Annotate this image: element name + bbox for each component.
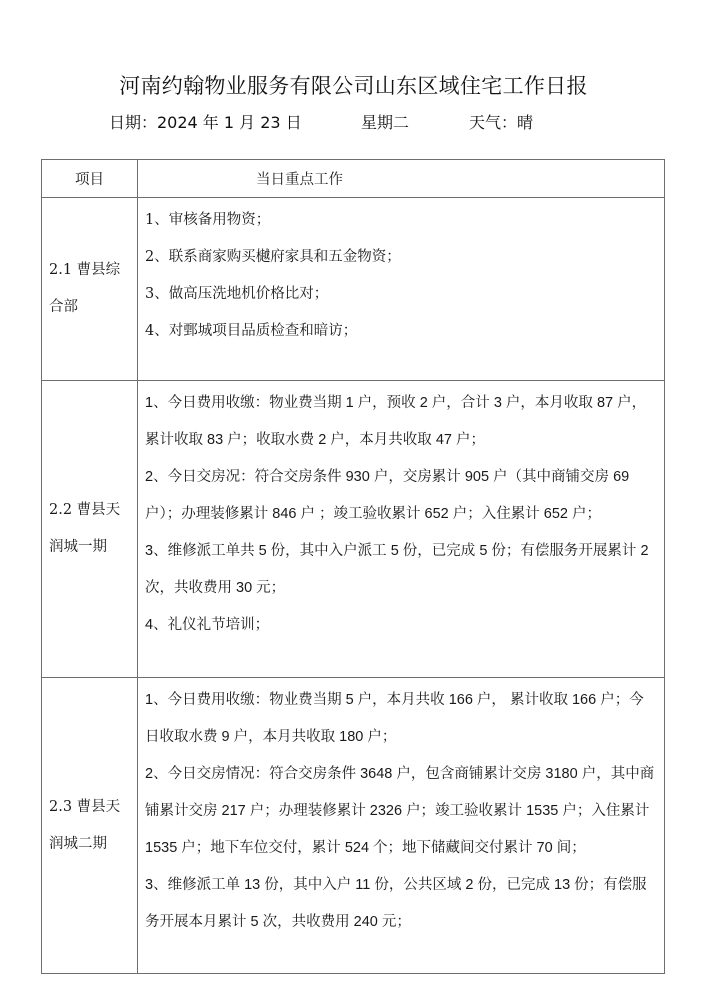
work-cell: 1、今日费用收缴：物业费当期 1 户，预收 2 户，合计 3 户，本月收取 87… [138, 381, 665, 678]
report-date: 日期：2024 年 1 月 23 日 [109, 110, 302, 133]
work-item: 2、今日交房况：符合交房条件 930 户，交房累计 905 户（其中商铺交房 6… [145, 459, 658, 533]
work-item: 2、联系商家购买樾府家具和五金物资； [145, 239, 658, 276]
work-cell: 1、今日费用收缴：物业费当期 5 户，本月共收 166 户， 累计收取 166 … [138, 678, 665, 974]
work-item: 4、礼仪礼节培训； [145, 607, 658, 644]
work-item: 3、维修派工单共 5 份，其中入户派工 5 份，已完成 5 份；有偿服务开展累计… [145, 533, 658, 607]
report-meta: 日期：2024 年 1 月 23 日 星期二 天气：晴 [109, 110, 629, 134]
table-row: 2.3 曹县天润城二期 1、今日费用收缴：物业费当期 5 户，本月共收 166 … [42, 678, 665, 974]
report-weather: 天气：晴 [469, 110, 533, 133]
table-header-row: 项目 当日重点工作 [42, 160, 665, 198]
work-item: 4、对鄄城项目品质检查和暗访； [145, 313, 658, 350]
report-title: 河南约翰物业服务有限公司山东区域住宅工作日报 [0, 70, 707, 100]
table-row: 2.2 曹县天润城一期 1、今日费用收缴：物业费当期 1 户，预收 2 户，合计… [42, 381, 665, 678]
work-report-table: 项目 当日重点工作 2.1 曹县综合部 1、审核备用物资； 2、联系商家购买樾府… [41, 159, 665, 974]
work-cell: 1、审核备用物资； 2、联系商家购买樾府家具和五金物资； 3、做高压洗地机价格比… [138, 198, 665, 381]
work-item: 2、今日交房情况：符合交房条件 3648 户，包含商铺累计交房 3180 户，其… [145, 756, 658, 867]
work-item: 1、审核备用物资； [145, 202, 658, 239]
column-header-project: 项目 [42, 160, 138, 198]
project-cell: 2.3 曹县天润城二期 [42, 678, 138, 974]
project-cell: 2.1 曹县综合部 [42, 198, 138, 381]
work-item: 3、维修派工单 13 份，其中入户 11 份，公共区域 2 份，已完成 13 份… [145, 867, 658, 941]
project-cell: 2.2 曹县天润城一期 [42, 381, 138, 678]
column-header-key-work: 当日重点工作 [138, 160, 665, 198]
table-row: 2.1 曹县综合部 1、审核备用物资； 2、联系商家购买樾府家具和五金物资； 3… [42, 198, 665, 381]
work-item: 1、今日费用收缴：物业费当期 5 户，本月共收 166 户， 累计收取 166 … [145, 682, 658, 756]
work-item: 1、今日费用收缴：物业费当期 1 户，预收 2 户，合计 3 户，本月收取 87… [145, 385, 658, 459]
report-weekday: 星期二 [361, 110, 409, 133]
work-item: 3、做高压洗地机价格比对； [145, 276, 658, 313]
